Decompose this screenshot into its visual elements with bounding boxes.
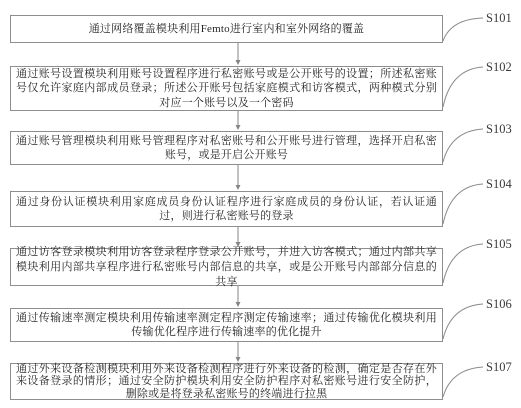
flow-step-text: 通过传输速率测定模块利用传输速率测定程序测定传输速率；通过传输优化模块利用传输优… (11, 311, 442, 339)
flow-step-box-s102: 通过账号设置模块利用账号设置程序进行私密账号或是公开账号的设置；所述私密账号仅允… (10, 66, 443, 111)
flow-step-box-s103: 通过账号管理模块利用账号管理程序对私密账号和公开账号进行管理，选择开启私密账号，… (10, 131, 443, 165)
flowchart-figure: 通过网络覆盖模块利用Femto进行室内和室外网络的覆盖 通过账号设置模块利用账号… (0, 0, 521, 408)
step-label-s102: S102 (486, 60, 520, 74)
flow-step-text: 通过访客登录模块利用访客登录程序登录公开账号，并进入访客模式；通过内部共享模块利… (11, 245, 442, 290)
flow-step-text: 通过网络覆盖模块利用Femto进行室内和室外网络的覆盖 (11, 22, 442, 36)
flow-step-box-s106: 通过传输速率测定模块利用传输速率测定程序测定传输速率；通过传输优化模块利用传输优… (10, 308, 443, 342)
arrowhead-icon (236, 357, 241, 362)
flow-step-text: 通过身份认证模块利用家庭成员身份认证程序进行家庭成员的身份认证，若认证通过，则进… (11, 195, 442, 223)
leader-line (443, 304, 483, 339)
leader-line (443, 129, 483, 162)
arrowhead-icon (236, 185, 241, 190)
leader-line (443, 184, 483, 224)
flow-step-text: 通过外来设备检测模块利用外来设备检测程序进行外来设备的检测，确定是否存在外来设备… (11, 363, 442, 400)
arrowhead-icon (236, 125, 241, 130)
flow-step-text: 通过账号管理模块利用账号管理程序对私密账号和公开账号进行管理，选择开启私密账号，… (11, 134, 442, 162)
flow-step-text: 通过账号设置模块利用账号设置程序进行私密账号或是公开账号的设置；所述私密账号仅允… (11, 67, 442, 110)
leader-line (443, 244, 483, 283)
step-label-s103: S103 (486, 122, 520, 136)
step-label-s101: S101 (486, 11, 520, 25)
leader-line (443, 18, 483, 41)
arrowhead-icon (236, 302, 241, 307)
step-label-s105: S105 (486, 237, 520, 251)
step-label-s107: S107 (486, 360, 520, 374)
flow-step-box-s105: 通过访客登录模块利用访客登录程序登录公开账号，并进入访客模式；通过内部共享模块利… (10, 248, 443, 286)
leader-line (443, 67, 483, 107)
flow-step-box-s107: 通过外来设备检测模块利用外来设备检测程序进行外来设备的检测，确定是否存在外来设备… (10, 363, 443, 400)
arrowhead-icon (236, 60, 241, 65)
step-label-s106: S106 (486, 297, 520, 311)
step-label-s104: S104 (486, 177, 520, 191)
flow-step-box-s104: 通过身份认证模块利用家庭成员身份认证程序进行家庭成员的身份认证，若认证通过，则进… (10, 191, 443, 227)
leader-line (443, 367, 483, 397)
flow-step-box-s101: 通过网络覆盖模块利用Femto进行室内和室外网络的覆盖 (10, 15, 443, 43)
